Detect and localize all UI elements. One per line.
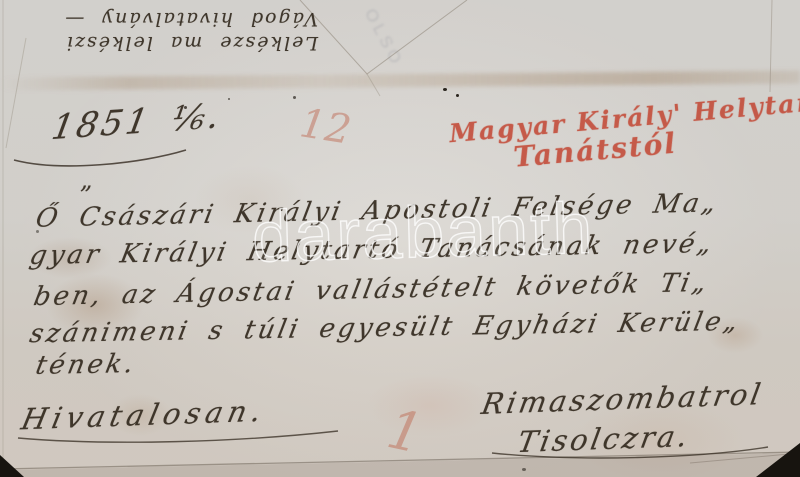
- ink-speck: [184, 106, 187, 109]
- reverse-docket-note: Lelkésze ma lelkészi Vágod hivatalvány —: [28, 8, 318, 54]
- body-line: tének.: [33, 349, 139, 381]
- ink-speck: [443, 88, 447, 91]
- reverse-note-line1: Lelkésze ma lelkészi: [28, 32, 318, 54]
- pencil-number: 12: [297, 100, 354, 153]
- auction-watermark: darabanth: [251, 188, 595, 279]
- ink-speck: [293, 96, 296, 99]
- ink-speck: [36, 230, 39, 233]
- reverse-note-line2: Vágod hivatalvány —: [28, 8, 318, 30]
- ditto-mark: „: [80, 166, 95, 194]
- ink-speck: [456, 94, 459, 97]
- letter-photo: Lelkésze ma lelkészi Vágod hivatalvány —…: [0, 0, 800, 477]
- ink-speck: [522, 468, 526, 471]
- ink-speck: [228, 98, 230, 100]
- destination-line: Tisolczra.: [515, 419, 693, 459]
